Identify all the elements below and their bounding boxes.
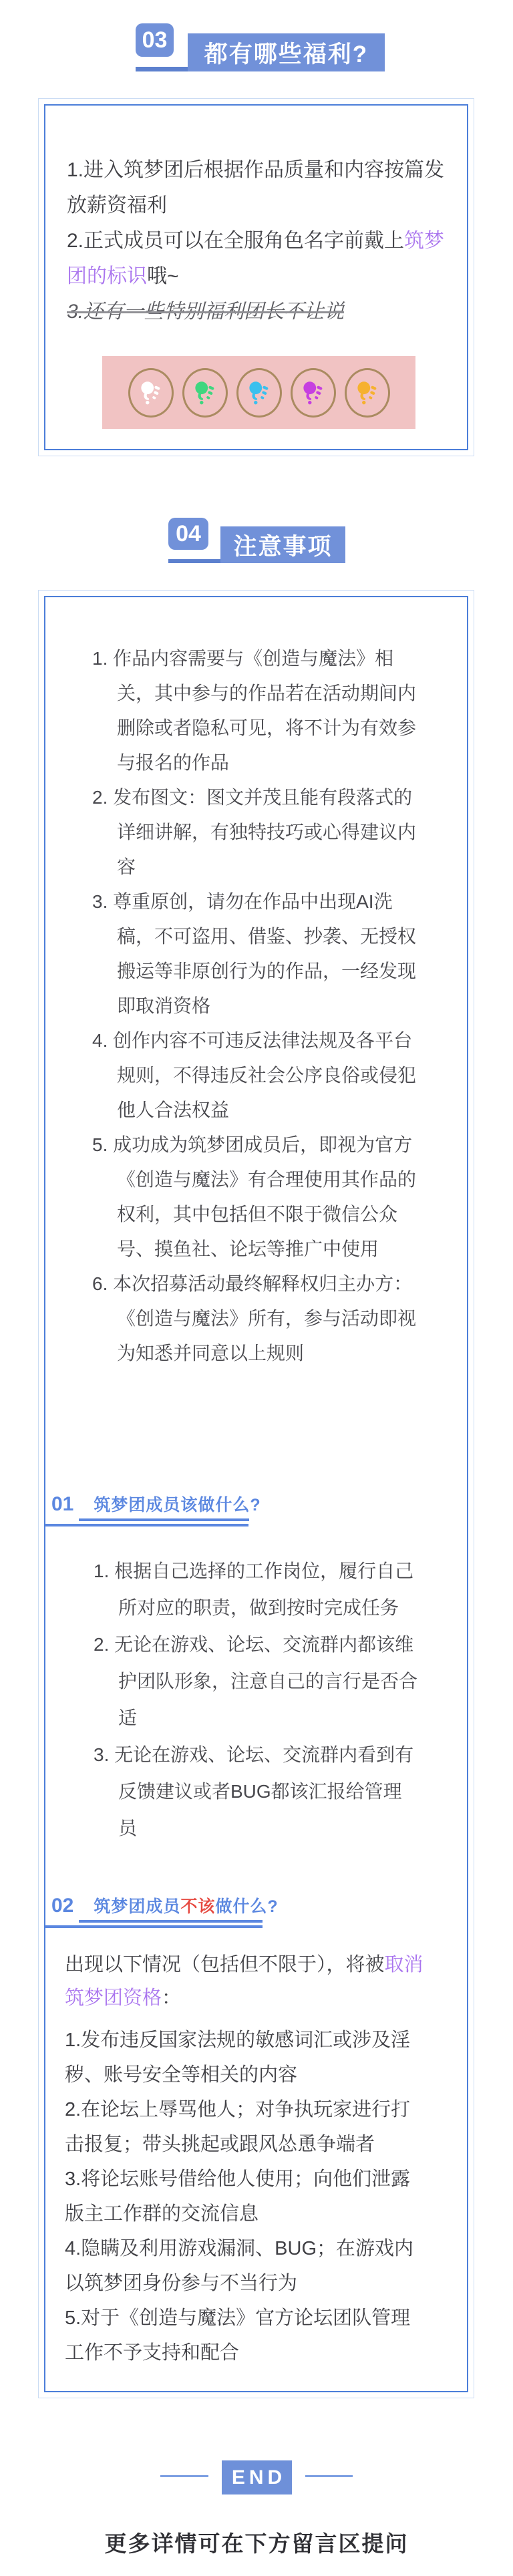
section-03-number: 03 xyxy=(142,27,168,53)
promo-poster-page: 03 都有哪些福利? 1.进入筑梦团后根据作品质量和内容按篇发 放薪资福利 2.… xyxy=(0,0,513,2576)
list-item: 3. 尊重原创，请勿在作品中出现AI洗稿，不可盗用、借鉴、抄袭、无授权搬运等非原… xyxy=(92,884,416,1023)
list-item: 4.隐瞒及利用游戏漏洞、BUG；在游戏内以筑梦团身份参与不当行为 xyxy=(65,2231,422,2301)
donts-list: 1.发布违反国家法规的敏感词汇或涉及淫秽、账号安全等相关的内容 2.在论坛上辱骂… xyxy=(65,2023,422,2370)
subsection-01-number: 01 xyxy=(51,1493,73,1516)
ink-blob-magenta-icon xyxy=(298,377,329,408)
section-04-title-bar: 注意事项 xyxy=(220,526,345,563)
notes-box: 1. 作品内容需要与《创造与魔法》相关，其中参与的作品若在活动期间内删除或者隐私… xyxy=(38,590,474,2398)
highlight-not: 不该 xyxy=(180,1897,215,1916)
section-04-number: 04 xyxy=(176,521,201,547)
subsection-02-number: 02 xyxy=(51,1895,73,1917)
section-03-title: 都有哪些福利? xyxy=(204,36,368,69)
subsection-01-underline-top xyxy=(79,1518,249,1521)
section-04-title: 注意事项 xyxy=(233,528,332,562)
list-item: 2. 发布图文：图文并茂且能有段落式的详细讲解，有独特技巧或心得建议内容 xyxy=(92,780,416,884)
badge-ring-5 xyxy=(345,368,390,418)
dos-list: 1. 根据自己选择的工作岗位，履行自己所对应的职责，做到按时完成任务 2. 无论… xyxy=(94,1553,417,1846)
end-badge: END xyxy=(222,2460,292,2494)
badge-ring-2 xyxy=(182,368,228,418)
section-03-number-badge: 03 xyxy=(136,23,174,57)
subsection-02-header: 02 筑梦团成员不该做什么? xyxy=(51,1893,279,1931)
subsection-01-title: 筑梦团成员该做什么? xyxy=(94,1492,261,1516)
list-item: 2.在论坛上辱骂他人；对争执玩家进行打击报复；带头挑起或跟风怂恿争端者 xyxy=(65,2092,422,2162)
benefits-line-1: 1.进入筑梦团后根据作品质量和内容按篇发 xyxy=(67,152,444,188)
end-label: END xyxy=(232,2466,286,2489)
badge-strip xyxy=(102,356,415,429)
badge-ring-4 xyxy=(291,368,336,418)
subsection-02-title: 筑梦团成员不该做什么? xyxy=(94,1893,278,1917)
subsection-01-header: 01 筑梦团成员该做什么? xyxy=(51,1492,279,1529)
badge-ring-1 xyxy=(128,368,174,418)
list-item: 4. 创作内容不可违反法律法规及各平台规则，不得违反社会公序良俗或侵犯他人合法权… xyxy=(92,1023,416,1128)
benefits-box: 1.进入筑梦团后根据作品质量和内容按篇发 放薪资福利 2.正式成员可以在全服角色… xyxy=(38,98,474,456)
subsection-02-underline-bottom xyxy=(45,1925,263,1928)
benefits-line-5-struck: 3.还有一些特别福利团长不让说 xyxy=(67,294,444,329)
end-divider-left xyxy=(160,2475,208,2477)
end-divider-right xyxy=(305,2475,353,2477)
ink-blob-white-icon xyxy=(136,377,166,408)
highlight-disqualify: 取消 xyxy=(385,1954,423,1975)
list-item: 3.将论坛账号借给他人使用；向他们泄露版主工作群的交流信息 xyxy=(65,2162,422,2231)
ink-blob-gold-icon xyxy=(352,377,383,408)
subsection-01-underline-bottom xyxy=(45,1524,248,1526)
donts-intro-line-2: 筑梦团资格： xyxy=(65,1981,439,2015)
list-item: 3. 无论在游戏、论坛、交流群内看到有反馈建议或者BUG都该汇报给管理员 xyxy=(94,1736,417,1846)
subsection-02-underline-top xyxy=(79,1920,263,1923)
list-item: 1. 根据自己选择的工作岗位，履行自己所对应的职责，做到按时完成任务 xyxy=(94,1553,417,1626)
donts-intro-line-1: 出现以下情况（包括但不限于），将被取消 xyxy=(65,1948,439,1981)
list-item: 1.发布违反国家法规的敏感词汇或涉及淫秽、账号安全等相关的内容 xyxy=(65,2023,422,2092)
notes-list: 1. 作品内容需要与《创造与魔法》相关，其中参与的作品若在活动期间内删除或者隐私… xyxy=(92,641,416,1371)
section-03-title-bar: 都有哪些福利? xyxy=(188,33,385,71)
section-04-number-badge: 04 xyxy=(168,518,208,550)
ink-blob-green-icon xyxy=(190,377,220,408)
donts-intro: 出现以下情况（包括但不限于），将被取消 筑梦团资格： xyxy=(65,1948,439,2015)
benefits-text: 1.进入筑梦团后根据作品质量和内容按篇发 放薪资福利 2.正式成员可以在全服角色… xyxy=(67,152,444,329)
benefits-line-2: 放薪资福利 xyxy=(67,188,444,223)
list-item: 5. 成功成为筑梦团成员后，即视为官方《创造与魔法》有合理使用其作品的权利，其中… xyxy=(92,1128,416,1267)
list-item: 6. 本次招募活动最终解释权归主办方：《创造与魔法》所有，参与活动即视为知悉并同… xyxy=(92,1267,416,1371)
ink-blob-cyan-icon xyxy=(244,377,275,408)
footer-note: 更多详情可在下方留言区提问 xyxy=(0,2527,513,2558)
benefits-line-3: 2.正式成员可以在全服角色名字前戴上筑梦 xyxy=(67,223,444,259)
badge-ring-3 xyxy=(236,368,282,418)
list-item: 2. 无论在游戏、论坛、交流群内都该维护团队形象，注意自己的言行是否合适 xyxy=(94,1626,417,1736)
benefits-line-4: 团的标识哦~ xyxy=(67,259,444,294)
list-item: 5.对于《创造与魔法》官方论坛团队管理工作不予支持和配合 xyxy=(65,2301,422,2370)
list-item: 1. 作品内容需要与《创造与魔法》相关，其中参与的作品若在活动期间内删除或者隐私… xyxy=(92,641,416,780)
highlight-dream-team-badge: 筑梦 xyxy=(404,230,444,252)
